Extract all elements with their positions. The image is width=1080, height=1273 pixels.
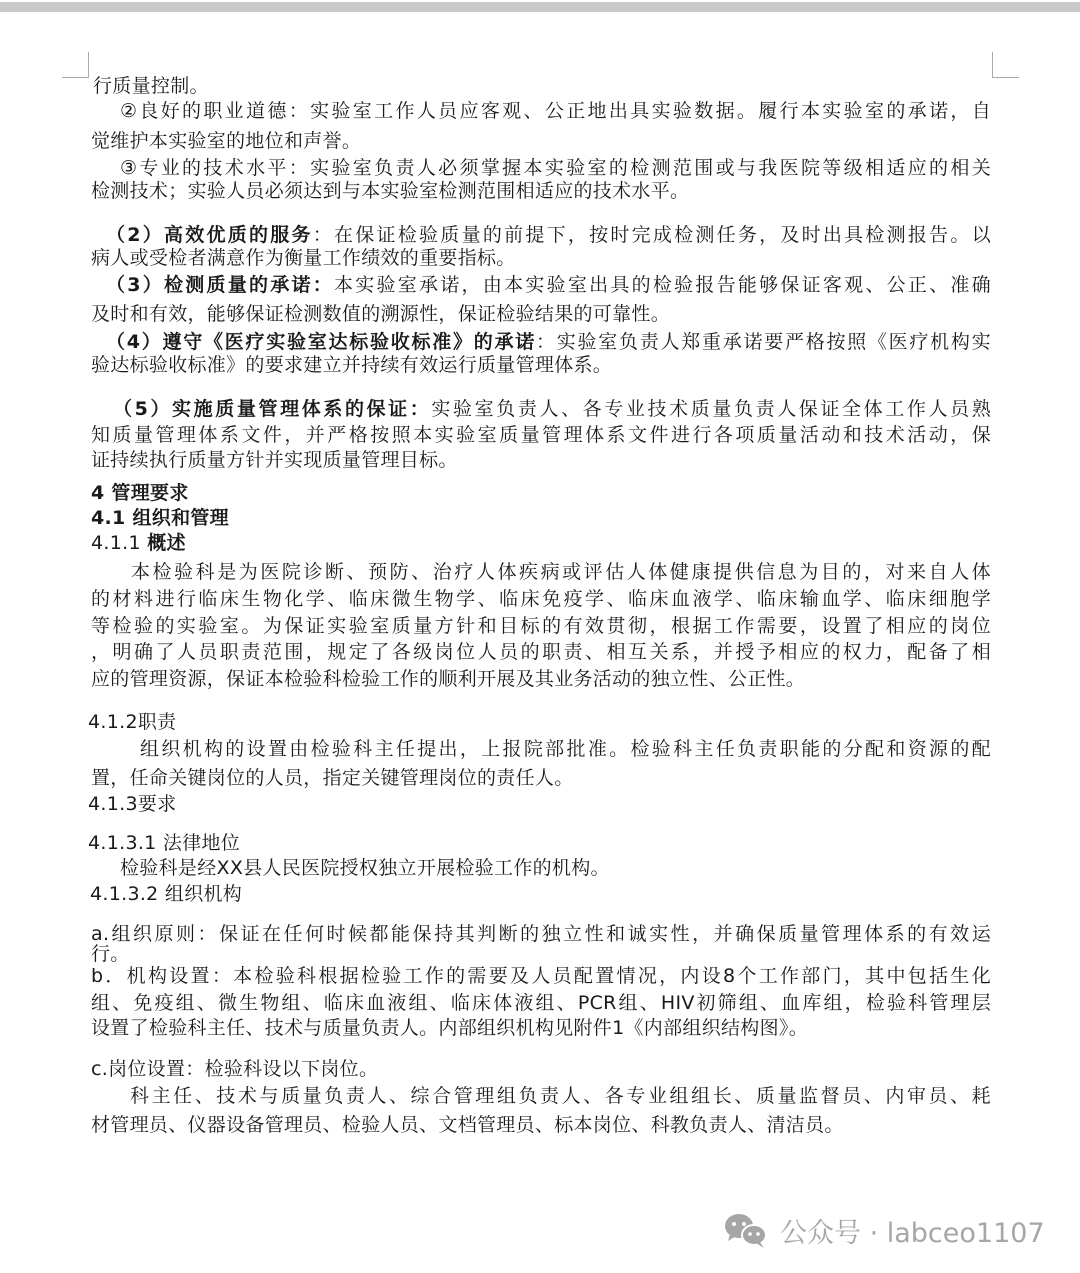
text-line: 等检验的实验室。为保证实验室质量方针和目标的有效贯彻，根据工作需要，设置了相应的… <box>91 614 991 638</box>
text-line: 知质量管理体系文件，并严格按照本实验室质量管理体系文件进行各项质量活动和技术活动… <box>91 423 991 447</box>
text-line: b．机构设置：本检验科根据检验工作的需要及人员配置情况，内设8个工作部门，其中包… <box>91 964 991 988</box>
text-line: （5）实施质量管理体系的保证：实验室负责人、各专业技术质量负责人保证全体工作人员… <box>113 397 991 421</box>
subsection-heading: 4.1.3.2 组织机构 <box>90 882 990 906</box>
document-page: 行质量控制。 ②良好的职业道德：实验室工作人员应客观、公正地出具实验数据。履行本… <box>0 0 1080 1273</box>
text-line: ，明确了人员职责范围，规定了各级岗位人员的职责、相互关系，并授予相应的权力，配备… <box>91 640 991 664</box>
text-line: （4）遵守《医疗实验室达标验收标准》的承诺：实验室负责人郑重承诺要严格按照《医疗… <box>106 330 991 354</box>
text-line: 置，任命关键岗位的人员，指定关键管理岗位的责任人。 <box>91 766 991 790</box>
text-line: 的材料进行临床生物化学、临床微生物学、临床免疫学、临床血液学、临床输血学、临床细… <box>91 587 991 611</box>
watermark-label: 公众号 · labceo1107 <box>780 1211 1045 1250</box>
section-heading: 4 管理要求 <box>91 481 991 505</box>
text-line: 觉维护本实验室的地位和声誉。 <box>91 129 991 153</box>
text-line: 应的管理资源，保证本检验科检验工作的顺利开展及其业务活动的独立性、公正性。 <box>91 667 991 691</box>
text-line: 病人或受检者满意作为衡量工作绩效的重要指标。 <box>91 246 991 270</box>
text-line: 组、免疫组、微生物组、临床血液组、临床体液组、PCR组、HIV初筛组、血库组，检… <box>91 991 991 1015</box>
text-line: （3）检测质量的承诺：本实验室承诺，由本实验室出具的检验报告能够保证客观、公正、… <box>106 273 991 297</box>
text-line: 材管理员、仪器设备管理员、检验人员、文档管理员、标本岗位、科教负责人、清洁员。 <box>91 1113 991 1137</box>
text-line: 检验科是经XX县人民医院授权独立开展检验工作的机构。 <box>120 856 1020 880</box>
section-heading: 4.1 组织和管理 <box>91 506 991 530</box>
text-line: c.岗位设置：检验科设以下岗位。 <box>91 1057 991 1081</box>
text-line: 设置了检验科主任、技术与质量负责人。内部组织机构见附件1《内部组织结构图》。 <box>91 1016 991 1040</box>
subsection-heading: 4.1.1 概述 <box>91 531 991 555</box>
text-line: 行。 <box>91 942 991 966</box>
text-line: ③专业的技术水平：实验室负责人必须掌握本实验室的检测范围或与我医院等级相适应的相… <box>120 156 991 180</box>
text-line: ②良好的职业道德：实验室工作人员应客观、公正地出具实验数据。履行本实验室的承诺，… <box>120 99 991 123</box>
subsection-heading: 4.1.3要求 <box>88 792 988 816</box>
watermark: 公众号 · labceo1107 <box>722 1210 1045 1250</box>
text-line: 检测技术；实验人员必须达到与本实验室检测范围相适应的技术水平。 <box>91 179 991 203</box>
text-line: 验达标验收标准》的要求建立并持续有效运行质量管理体系。 <box>91 353 991 377</box>
subsection-heading: 4.1.3.1 法律地位 <box>88 831 988 855</box>
text-line: 本检验科是为医院诊断、预防、治疗人体疾病或评估人体健康提供信息为目的，对来自人体 <box>131 560 991 584</box>
text-line: 及时和有效，能够保证检测数值的溯源性，保证检验结果的可靠性。 <box>91 302 991 326</box>
subsection-heading: 4.1.2职责 <box>88 710 988 734</box>
wechat-icon <box>722 1210 770 1250</box>
text-line: 科主任、技术与质量负责人、综合管理组负责人、各专业组组长、质量监督员、内审员、耗 <box>130 1084 991 1108</box>
text-line: （2）高效优质的服务：在保证检验质量的前提下，按时完成检测任务，及时出具检测报告… <box>106 223 991 247</box>
text-line: 组织机构的设置由检验科主任提出，上报院部批准。检验科主任负责职能的分配和资源的配 <box>140 737 991 761</box>
text-line: 行质量控制。 <box>93 74 993 98</box>
text-line: 证持续执行质量方针并实现质量管理目标。 <box>91 448 991 472</box>
